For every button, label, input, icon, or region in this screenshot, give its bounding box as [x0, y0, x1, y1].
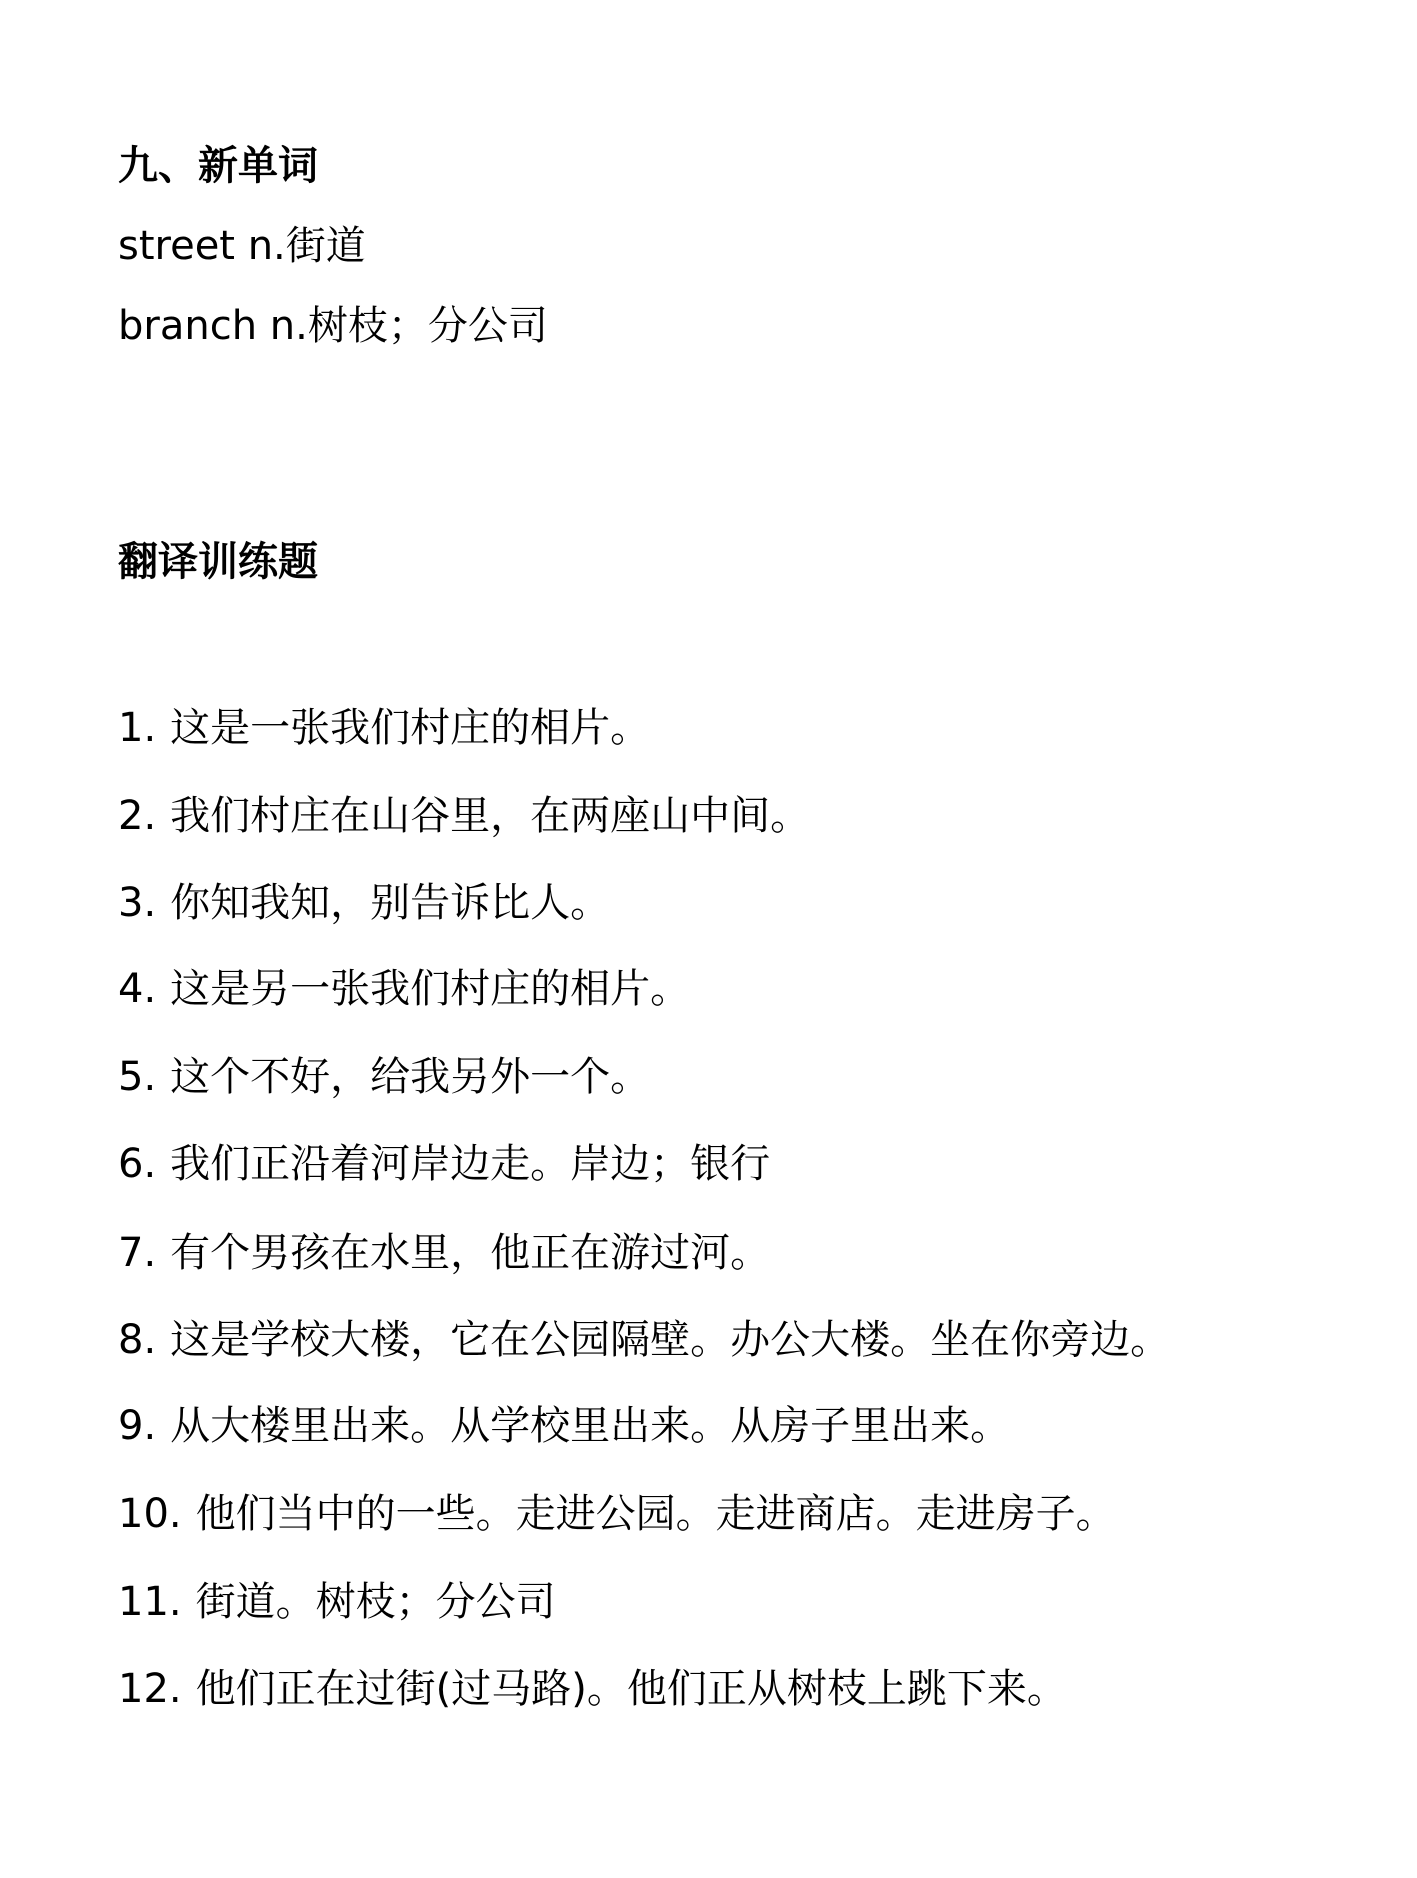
vocab-word-street: street n.街道: [118, 222, 366, 270]
vocab-heading: 九、新单词: [118, 142, 318, 190]
item-text: 这是一张我们村庄的相片。: [170, 704, 650, 752]
item-number: 7.: [118, 1229, 156, 1277]
item-number: 3.: [118, 879, 156, 927]
item-text: 我们村庄在山谷里，在两座山中间。: [170, 792, 810, 840]
item-text: 我们正沿着河岸边走。岸边；银行: [170, 1140, 770, 1188]
item-number: 6.: [118, 1140, 156, 1188]
list-item: 1.这是一张我们村庄的相片。: [118, 704, 650, 752]
list-item: 2.我们村庄在山谷里，在两座山中间。: [118, 792, 810, 840]
item-number: 1.: [118, 704, 156, 752]
item-text: 他们当中的一些。走进公园。走进商店。走进房子。: [196, 1490, 1116, 1538]
item-number: 5.: [118, 1053, 156, 1101]
list-item: 5.这个不好，给我另外一个。: [118, 1053, 650, 1101]
item-number: 11.: [118, 1578, 182, 1626]
list-item: 4.这是另一张我们村庄的相片。: [118, 965, 690, 1013]
item-number: 12.: [118, 1665, 182, 1713]
item-text: 有个男孩在水里，他正在游过河。: [170, 1229, 770, 1277]
item-text: 街道。树枝；分公司: [196, 1578, 556, 1626]
item-text: 这个不好，给我另外一个。: [170, 1053, 650, 1101]
list-item: 10.他们当中的一些。走进公园。走进商店。走进房子。: [118, 1490, 1116, 1538]
list-item: 11.街道。树枝；分公司: [118, 1578, 556, 1626]
item-number: 8.: [118, 1316, 156, 1364]
item-number: 10.: [118, 1490, 182, 1538]
item-text: 这是另一张我们村庄的相片。: [170, 965, 690, 1013]
list-item: 7.有个男孩在水里，他正在游过河。: [118, 1229, 770, 1277]
list-item: 8.这是学校大楼，它在公园隔壁。办公大楼。坐在你旁边。: [118, 1316, 1170, 1364]
item-text: 你知我知，别告诉比人。: [170, 879, 610, 927]
item-text: 从大楼里出来。从学校里出来。从房子里出来。: [170, 1402, 1010, 1450]
list-item: 3.你知我知，别告诉比人。: [118, 879, 610, 927]
translation-heading: 翻译训练题: [118, 538, 318, 586]
list-item: 9.从大楼里出来。从学校里出来。从房子里出来。: [118, 1402, 1010, 1450]
item-number: 2.: [118, 792, 156, 840]
list-item: 12.他们正在过街(过马路)。他们正从树枝上跳下来。: [118, 1665, 1067, 1713]
item-text: 这是学校大楼，它在公园隔壁。办公大楼。坐在你旁边。: [170, 1316, 1170, 1364]
item-text: 他们正在过街(过马路)。他们正从树枝上跳下来。: [196, 1665, 1067, 1713]
list-item: 6.我们正沿着河岸边走。岸边；银行: [118, 1140, 770, 1188]
item-number: 4.: [118, 965, 156, 1013]
vocab-word-branch: branch n.树枝；分公司: [118, 302, 548, 350]
item-number: 9.: [118, 1402, 156, 1450]
